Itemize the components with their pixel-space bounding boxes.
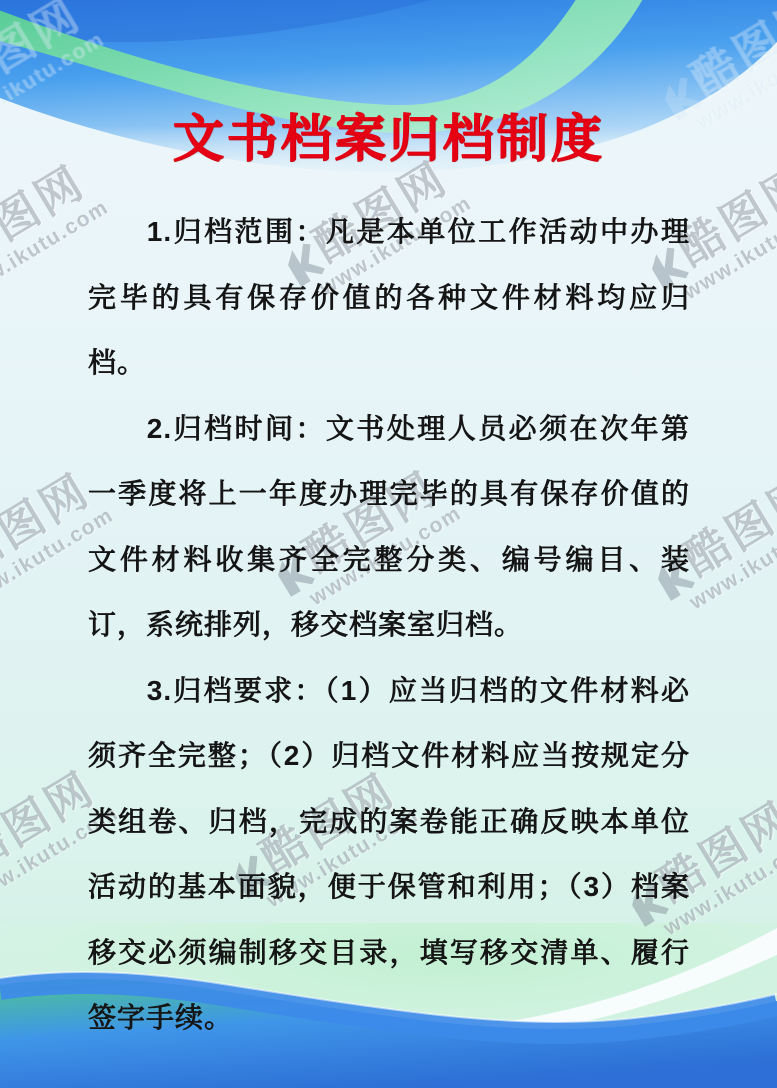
watermark-site-name: 酷图网 [676, 468, 777, 583]
watermark-site-url: www.ikutu.com [686, 474, 777, 615]
rules-text-block: 1.归档范围：凡是本单位工作活动中办理完毕的具有保存价值的各种文件材料均应归档。… [88, 199, 690, 1051]
paragraph-archive-scope: 1.归档范围：凡是本单位工作活动中办理完毕的具有保存价值的各种文件材料均应归档。 [88, 199, 690, 396]
page-title: 文书档案归档制度 [0, 110, 777, 168]
archive-rules-poster: 酷图网www.ikutu.com酷图网www.ikutu.com酷图网www.i… [0, 0, 777, 1088]
watermark-site-name: 酷图网 [0, 466, 98, 581]
paragraph-archive-requirement: 3.归档要求：（1）应当归档的文件材料必须齐全完整；（2）归档文件材料应当按规定… [88, 658, 690, 1051]
paragraph-archive-time: 2.归档时间：文书处理人员必须在次年第一季度将上一年度办理完毕的具有保存价值的文… [88, 396, 690, 658]
